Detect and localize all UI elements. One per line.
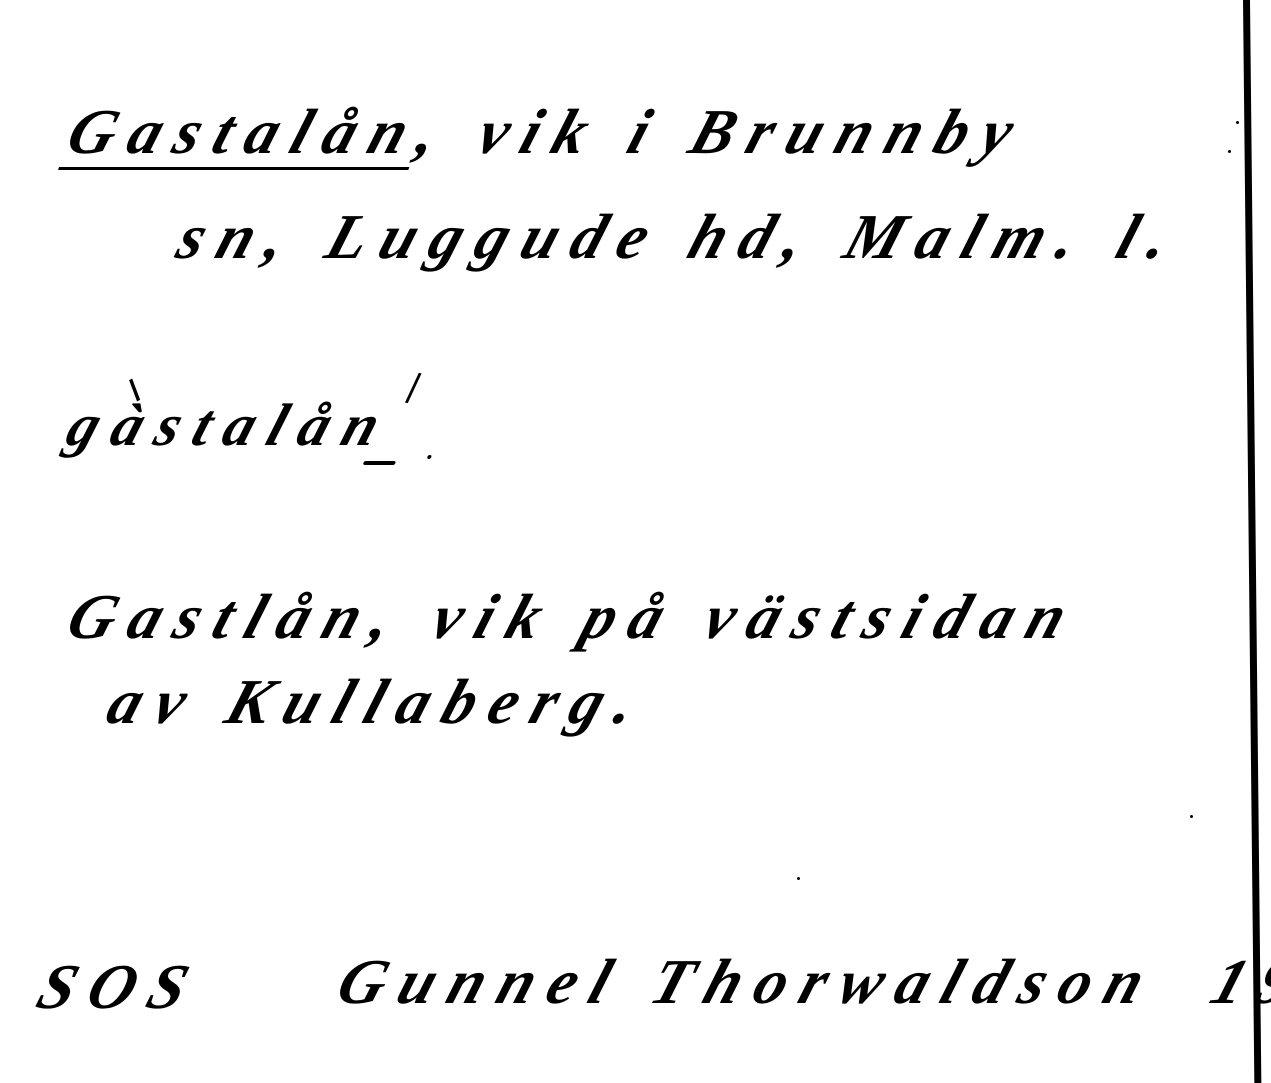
- variant-text-2: av Kullaberg.: [99, 666, 660, 737]
- scan-speck: [1190, 815, 1193, 818]
- headword: Gastalån: [59, 96, 432, 167]
- entry-district: sn, Luggude hd, Malm. l.: [169, 201, 1193, 272]
- stress-underline-mark: [363, 461, 396, 465]
- variant-line-1: Gastlån, vik på västsidan: [60, 585, 1089, 649]
- signature-initials: SOS: [30, 955, 210, 1019]
- entry-location: , vik i Brunnby: [409, 96, 1037, 167]
- entry-line-2: sn, Luggude hd, Malm. l.: [170, 205, 1192, 269]
- phonetic-line: gàstalån: [60, 395, 402, 455]
- entry-line-1: Gastalån, vik i Brunnby: [60, 100, 1036, 164]
- collector-name: Gunnel Thorwaldson: [329, 946, 1168, 1017]
- variant-text-1: Gastlån, vik på västsidan: [59, 581, 1090, 652]
- dot-under-mark: [427, 455, 432, 459]
- scan-speck: [1228, 150, 1231, 153]
- phonetic-transcription: gàstalån: [60, 395, 402, 455]
- scan-speck: [1236, 121, 1239, 124]
- signature-collector: Gunnel Thorwaldson 1945.: [330, 950, 1271, 1014]
- collection-year: 1945.: [1203, 946, 1271, 1017]
- acute-accent-mark: [405, 373, 422, 403]
- scan-speck: [797, 877, 800, 880]
- variant-line-2: av Kullaberg.: [100, 670, 658, 734]
- card-edge-border: [1243, 0, 1261, 1083]
- archive-card: Gastalån, vik i Brunnby sn, Luggude hd, …: [0, 0, 1271, 1083]
